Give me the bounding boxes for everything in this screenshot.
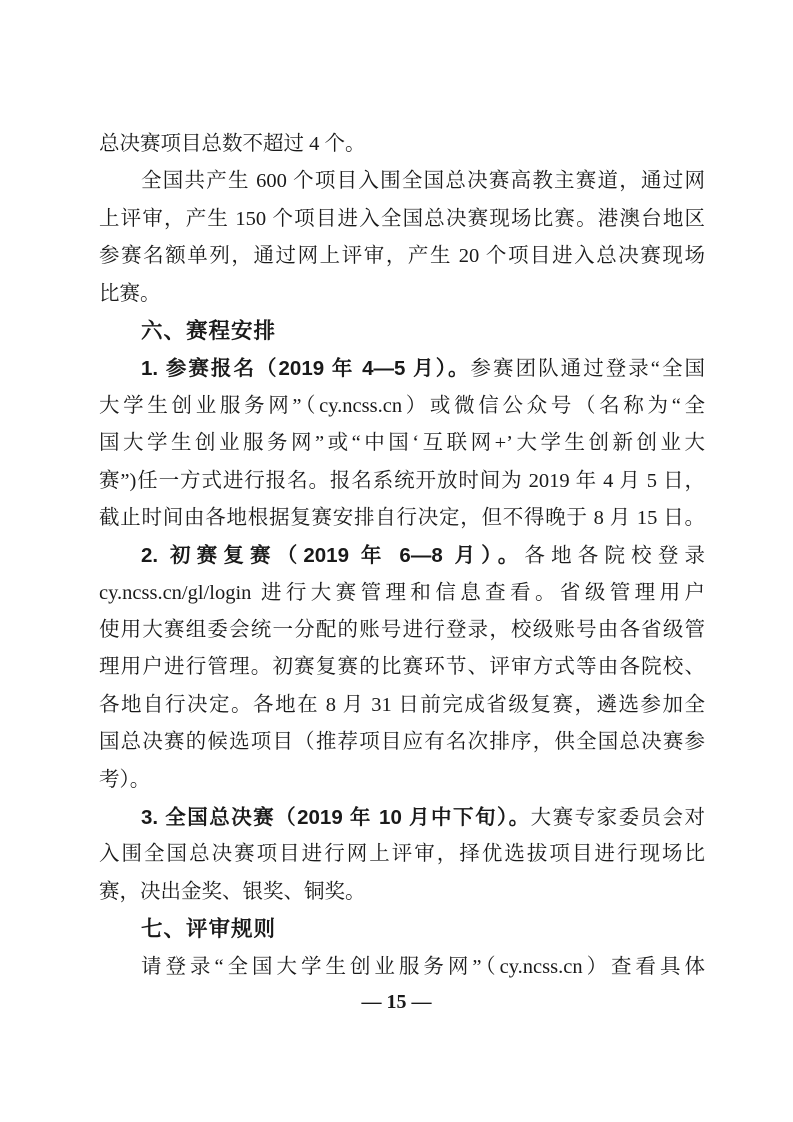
paragraph-line: 3. 全国总决赛（2019 年 10 月中下旬）。大赛专家委员会对 xyxy=(99,799,705,836)
text-segment: 入围全国总决赛项目进行网上评审，择优选拔项目进行现场比 xyxy=(99,843,705,865)
paragraph-line: 1. 参赛报名（2019 年 4—5 月）。参赛团队通过登录“全国 xyxy=(99,350,705,387)
paragraph-line: 请登录“全国大学生创业服务网”（cy.ncss.cn）查看具体 xyxy=(99,949,705,986)
text-segment: 总决赛项目总数不超过 4 个。 xyxy=(99,133,366,155)
document-page: 总决赛项目总数不超过 4 个。全国共产生 600 个项目入围全国总决赛高教主赛道… xyxy=(0,0,793,1122)
section-heading: 六、赛程安排 xyxy=(99,313,705,350)
text-segment: 各地自行决定。各地在 8 月 31 日前完成省级复赛，遴选参加全 xyxy=(99,694,705,716)
text-segment: 比赛。 xyxy=(99,283,161,305)
page-number: — 15 — xyxy=(0,984,793,1021)
paragraph-line: 国总决赛的候选项目（推荐项目应有名次排序，供全国总决赛参 xyxy=(99,724,705,761)
text-segment: 考）。 xyxy=(99,769,150,791)
text-segment: 参赛名额单列，通过网上评审，产生 20 个项目进入总决赛现场 xyxy=(99,245,705,267)
text-segment: cy.ncss.cn/gl/login 进行大赛管理和信息查看。省级管理用户 xyxy=(99,582,705,604)
paragraph-line: 赛，决出金奖、银奖、铜奖。 xyxy=(99,874,705,911)
bold-text-segment: 六、赛程安排 xyxy=(141,319,276,343)
paragraph-line: 截止时间由各地根据复赛安排自行决定，但不得晚于 8 月 15 日。 xyxy=(99,500,705,537)
paragraph-line: 国大学生创业服务网”或“中国‘互联网+’大学生创新创业大 xyxy=(99,425,705,462)
text-segment: 国大学生创业服务网”或“中国‘互联网+’大学生创新创业大 xyxy=(99,432,705,454)
text-segment: 国总决赛的候选项目（推荐项目应有名次排序，供全国总决赛参 xyxy=(99,731,705,753)
paragraph-line: 总决赛项目总数不超过 4 个。 xyxy=(99,126,705,163)
paragraph-line: 各地自行决定。各地在 8 月 31 日前完成省级复赛，遴选参加全 xyxy=(99,687,705,724)
text-segment: 使用大赛组委会统一分配的账号进行登录，校级账号由各省级管 xyxy=(99,619,705,641)
paragraph-line: 理用户进行管理。初赛复赛的比赛环节、评审方式等由各院校、 xyxy=(99,649,705,686)
text-segment: 大赛专家委员会对 xyxy=(531,807,705,829)
paragraph-line: 赛”)任一方式进行报名。报名系统开放时间为 2019 年 4 月 5 日， xyxy=(99,463,705,500)
bold-text-segment: 七、评审规则 xyxy=(141,917,276,941)
paragraph-line: 考）。 xyxy=(99,762,705,799)
text-segment: 参赛团队通过登录“全国 xyxy=(471,358,705,380)
bold-text-segment: 1. 参赛报名（2019 年 4—5 月）。 xyxy=(141,357,471,380)
paragraph-line: 比赛。 xyxy=(99,276,705,313)
text-segment: 赛，决出金奖、银奖、铜奖。 xyxy=(99,881,366,903)
text-segment: 上评审，产生 150 个项目进入全国总决赛现场比赛。港澳台地区 xyxy=(99,208,705,230)
paragraph-line: 参赛名额单列，通过网上评审，产生 20 个项目进入总决赛现场 xyxy=(99,238,705,275)
text-segment: 各地各院校登录 xyxy=(524,545,705,567)
text-segment: 大学生创业服务网”（cy.ncss.cn）或微信公众号（名称为“全 xyxy=(99,395,705,417)
paragraph-line: cy.ncss.cn/gl/login 进行大赛管理和信息查看。省级管理用户 xyxy=(99,575,705,612)
text-segment: 请登录“全国大学生创业服务网”（cy.ncss.cn）查看具体 xyxy=(141,956,705,978)
document-content: 总决赛项目总数不超过 4 个。全国共产生 600 个项目入围全国总决赛高教主赛道… xyxy=(99,126,705,986)
paragraph-line: 大学生创业服务网”（cy.ncss.cn）或微信公众号（名称为“全 xyxy=(99,388,705,425)
bold-text-segment: 2. 初赛复赛（2019 年 6—8 月）。 xyxy=(141,544,524,567)
paragraph-line: 使用大赛组委会统一分配的账号进行登录，校级账号由各省级管 xyxy=(99,612,705,649)
text-segment: 全国共产生 600 个项目入围全国总决赛高教主赛道，通过网 xyxy=(141,170,705,192)
text-segment: 截止时间由各地根据复赛安排自行决定，但不得晚于 8 月 15 日。 xyxy=(99,507,705,529)
text-segment: 赛”)任一方式进行报名。报名系统开放时间为 2019 年 4 月 5 日， xyxy=(99,470,705,492)
paragraph-line: 入围全国总决赛项目进行网上评审，择优选拔项目进行现场比 xyxy=(99,836,705,873)
section-heading: 七、评审规则 xyxy=(99,911,705,948)
bold-text-segment: 3. 全国总决赛（2019 年 10 月中下旬）。 xyxy=(141,806,531,829)
text-segment: 理用户进行管理。初赛复赛的比赛环节、评审方式等由各院校、 xyxy=(99,656,705,678)
paragraph-line: 2. 初赛复赛（2019 年 6—8 月）。各地各院校登录 xyxy=(99,537,705,574)
paragraph-line: 全国共产生 600 个项目入围全国总决赛高教主赛道，通过网 xyxy=(99,163,705,200)
paragraph-line: 上评审，产生 150 个项目进入全国总决赛现场比赛。港澳台地区 xyxy=(99,201,705,238)
